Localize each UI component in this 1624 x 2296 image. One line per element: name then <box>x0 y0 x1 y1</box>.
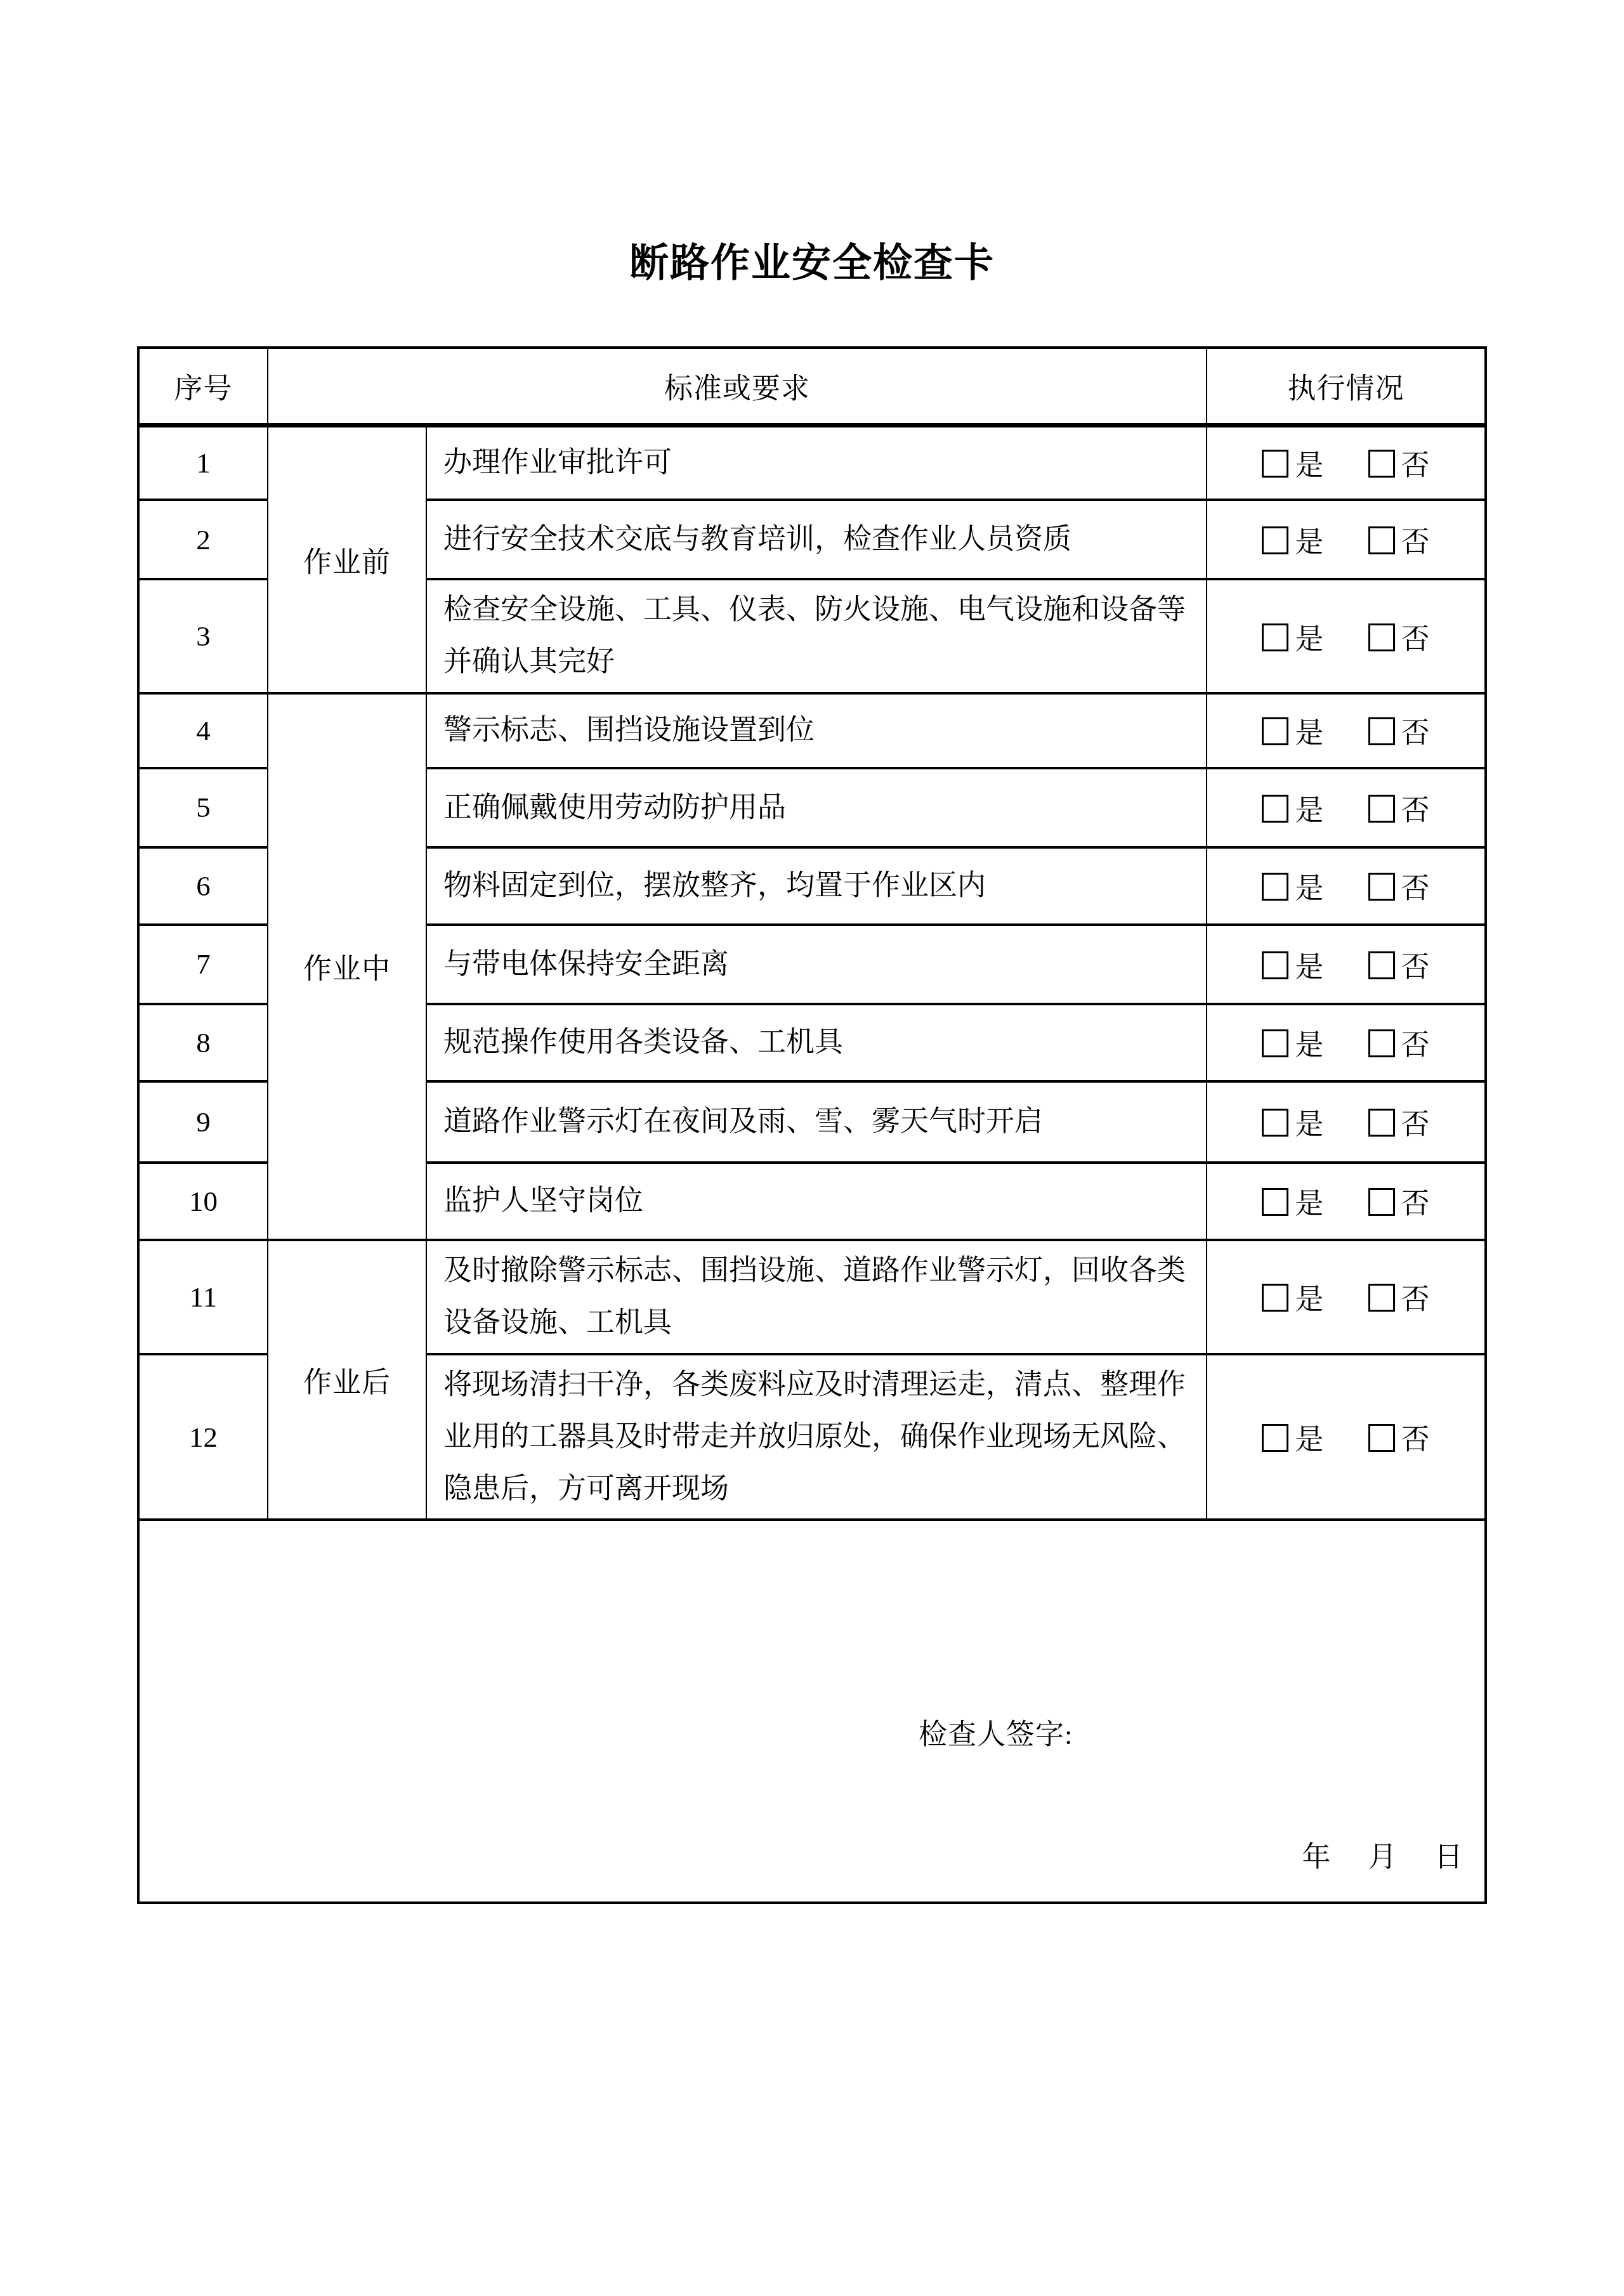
checkbox-yes-label: 是 <box>1295 873 1323 904</box>
checkbox-no-label: 否 <box>1401 623 1430 655</box>
row-12-execution: 是否 <box>1207 1354 1486 1520</box>
checkbox-square-icon <box>1368 951 1395 979</box>
group-before-work: 作业前 <box>268 425 426 693</box>
row-5-execution: 是否 <box>1207 768 1486 847</box>
row-7-execution: 是否 <box>1207 925 1486 1004</box>
inspector-signature-label: 检查人签字: <box>919 1711 1073 1752</box>
checkbox-yes-label: 是 <box>1295 795 1323 826</box>
row-7-number: 7 <box>138 925 268 1004</box>
page-title: 断路作业安全检查卡 <box>0 0 1624 285</box>
row-11-checkbox-no[interactable]: 否 <box>1368 1276 1430 1317</box>
row-12-checkbox-yes[interactable]: 是 <box>1262 1416 1323 1458</box>
checkbox-yes-label: 是 <box>1295 1188 1323 1220</box>
signature-row: 检查人签字: 年 月 日 <box>138 1520 1486 1903</box>
row-1-checkbox-no[interactable]: 否 <box>1368 442 1430 483</box>
row-8-checkbox-no[interactable]: 否 <box>1368 1022 1430 1063</box>
checkbox-square-icon <box>1262 717 1288 745</box>
row-9-execution: 是否 <box>1207 1081 1486 1163</box>
checkbox-yes-label: 是 <box>1295 1029 1323 1061</box>
row-6-checkbox-no[interactable]: 否 <box>1368 865 1430 906</box>
checkbox-square-icon <box>1262 1284 1288 1312</box>
header-execution: 执行情况 <box>1207 348 1486 425</box>
row-10-text: 监护人坚守岗位 <box>426 1163 1207 1240</box>
table-header-row: 序号 标准或要求 执行情况 <box>138 348 1486 425</box>
row-7-checkbox-yes[interactable]: 是 <box>1262 944 1323 985</box>
checkbox-no-label: 否 <box>1401 526 1430 558</box>
row-6-number: 6 <box>138 847 268 925</box>
checkbox-square-icon <box>1368 623 1395 651</box>
row-5-number: 5 <box>138 768 268 847</box>
row-3-checkbox-no[interactable]: 否 <box>1368 616 1430 657</box>
row-12-text: 将现场清扫干净，各类废料应及时清理运走，清点、整理作业用的工器具及时带走并放归原… <box>426 1354 1207 1520</box>
row-8-number: 8 <box>138 1004 268 1081</box>
row-1-execution: 是否 <box>1207 425 1486 500</box>
table-row: 4 作业中 警示标志、围挡设施设置到位 是否 <box>138 693 1486 768</box>
checkbox-no-label: 否 <box>1401 1284 1430 1315</box>
checkbox-no-label: 否 <box>1401 1029 1430 1061</box>
row-3-text: 检查安全设施、工具、仪表、防火设施、电气设施和设备等并确认其完好 <box>426 579 1207 693</box>
row-4-number: 4 <box>138 693 268 768</box>
row-8-checkbox-yes[interactable]: 是 <box>1262 1022 1323 1063</box>
group-after-work: 作业后 <box>268 1240 426 1520</box>
row-4-checkbox-no[interactable]: 否 <box>1368 710 1430 751</box>
checkbox-square-icon <box>1368 1424 1395 1452</box>
checkbox-no-label: 否 <box>1401 450 1430 481</box>
row-2-number: 2 <box>138 500 268 579</box>
row-1-checkbox-yes[interactable]: 是 <box>1262 442 1323 483</box>
row-6-execution: 是否 <box>1207 847 1486 925</box>
row-3-checkbox-yes[interactable]: 是 <box>1262 616 1323 657</box>
row-9-number: 9 <box>138 1081 268 1163</box>
checkbox-square-icon <box>1262 795 1288 823</box>
row-10-checkbox-no[interactable]: 否 <box>1368 1180 1430 1222</box>
checkbox-no-label: 否 <box>1401 873 1430 904</box>
checkbox-no-label: 否 <box>1401 717 1430 749</box>
row-8-execution: 是否 <box>1207 1004 1486 1081</box>
row-11-text: 及时撤除警示标志、围挡设施、道路作业警示灯，回收各类设备设施、工机具 <box>426 1240 1207 1354</box>
row-9-checkbox-no[interactable]: 否 <box>1368 1101 1430 1142</box>
row-10-number: 10 <box>138 1163 268 1240</box>
checkbox-square-icon <box>1368 795 1395 823</box>
checkbox-square-icon <box>1368 1029 1395 1057</box>
row-4-text: 警示标志、围挡设施设置到位 <box>426 693 1207 768</box>
row-1-text: 办理作业审批许可 <box>426 425 1207 500</box>
row-12-number: 12 <box>138 1354 268 1520</box>
row-2-checkbox-no[interactable]: 否 <box>1368 519 1430 560</box>
checkbox-square-icon <box>1262 1029 1288 1057</box>
row-10-execution: 是否 <box>1207 1163 1486 1240</box>
checkbox-square-icon <box>1262 1188 1288 1216</box>
row-6-checkbox-yes[interactable]: 是 <box>1262 865 1323 906</box>
row-6-text: 物料固定到位，摆放整齐，均置于作业区内 <box>426 847 1207 925</box>
checkbox-no-label: 否 <box>1401 1424 1430 1456</box>
checkbox-no-label: 否 <box>1401 1109 1430 1140</box>
table-row: 1 作业前 办理作业审批许可 是否 <box>138 425 1486 500</box>
checkbox-square-icon <box>1368 873 1395 901</box>
checkbox-square-icon <box>1262 526 1288 554</box>
date-label: 年 月 日 <box>1302 1834 1463 1875</box>
checkbox-yes-label: 是 <box>1295 951 1323 983</box>
row-4-execution: 是否 <box>1207 693 1486 768</box>
row-5-checkbox-yes[interactable]: 是 <box>1262 787 1323 828</box>
header-no: 序号 <box>138 348 268 425</box>
safety-check-table: 序号 标准或要求 执行情况 1 作业前 办理作业审批许可 是否 2 进行安全技术… <box>137 346 1487 1904</box>
row-5-text: 正确佩戴使用劳动防护用品 <box>426 768 1207 847</box>
checkbox-square-icon <box>1262 873 1288 901</box>
group-during-work: 作业中 <box>268 693 426 1240</box>
checkbox-yes-label: 是 <box>1295 1424 1323 1456</box>
row-1-number: 1 <box>138 425 268 500</box>
checkbox-square-icon <box>1262 951 1288 979</box>
row-3-number: 3 <box>138 579 268 693</box>
row-11-checkbox-yes[interactable]: 是 <box>1262 1276 1323 1317</box>
checkbox-yes-label: 是 <box>1295 526 1323 558</box>
row-2-execution: 是否 <box>1207 500 1486 579</box>
row-2-checkbox-yes[interactable]: 是 <box>1262 519 1323 560</box>
checkbox-no-label: 否 <box>1401 795 1430 826</box>
row-3-execution: 是否 <box>1207 579 1486 693</box>
row-4-checkbox-yes[interactable]: 是 <box>1262 710 1323 751</box>
checkbox-yes-label: 是 <box>1295 1109 1323 1140</box>
row-7-checkbox-no[interactable]: 否 <box>1368 944 1430 985</box>
checkbox-yes-label: 是 <box>1295 717 1323 749</box>
checkbox-yes-label: 是 <box>1295 623 1323 655</box>
checkbox-no-label: 否 <box>1401 951 1430 983</box>
table-row: 11 作业后 及时撤除警示标志、围挡设施、道路作业警示灯，回收各类设备设施、工机… <box>138 1240 1486 1354</box>
row-8-text: 规范操作使用各类设备、工机具 <box>426 1004 1207 1081</box>
row-2-text: 进行安全技术交底与教育培训，检查作业人员资质 <box>426 500 1207 579</box>
checkbox-square-icon <box>1262 1109 1288 1137</box>
row-11-number: 11 <box>138 1240 268 1354</box>
checkbox-square-icon <box>1262 623 1288 651</box>
checkbox-square-icon <box>1368 1284 1395 1312</box>
row-10-checkbox-yes[interactable]: 是 <box>1262 1180 1323 1222</box>
row-5-checkbox-no[interactable]: 否 <box>1368 787 1430 828</box>
checkbox-no-label: 否 <box>1401 1188 1430 1220</box>
document-page: 断路作业安全检查卡 序号 标准或要求 执行情况 1 作业前 办理作业审批许可 是… <box>0 0 1624 2296</box>
row-9-text: 道路作业警示灯在夜间及雨、雪、雾天气时开启 <box>426 1081 1207 1163</box>
row-11-execution: 是否 <box>1207 1240 1486 1354</box>
checkbox-square-icon <box>1368 1109 1395 1137</box>
checkbox-yes-label: 是 <box>1295 1284 1323 1315</box>
row-9-checkbox-yes[interactable]: 是 <box>1262 1101 1323 1142</box>
header-standard: 标准或要求 <box>268 348 1207 425</box>
signature-block: 检查人签字: 年 月 日 <box>138 1520 1486 1903</box>
checkbox-square-icon <box>1368 717 1395 745</box>
checkbox-square-icon <box>1368 450 1395 478</box>
checkbox-square-icon <box>1368 1188 1395 1216</box>
checkbox-square-icon <box>1262 1424 1288 1452</box>
checkbox-square-icon <box>1368 526 1395 554</box>
checkbox-square-icon <box>1262 450 1288 478</box>
checkbox-yes-label: 是 <box>1295 450 1323 481</box>
row-7-text: 与带电体保持安全距离 <box>426 925 1207 1004</box>
row-12-checkbox-no[interactable]: 否 <box>1368 1416 1430 1458</box>
